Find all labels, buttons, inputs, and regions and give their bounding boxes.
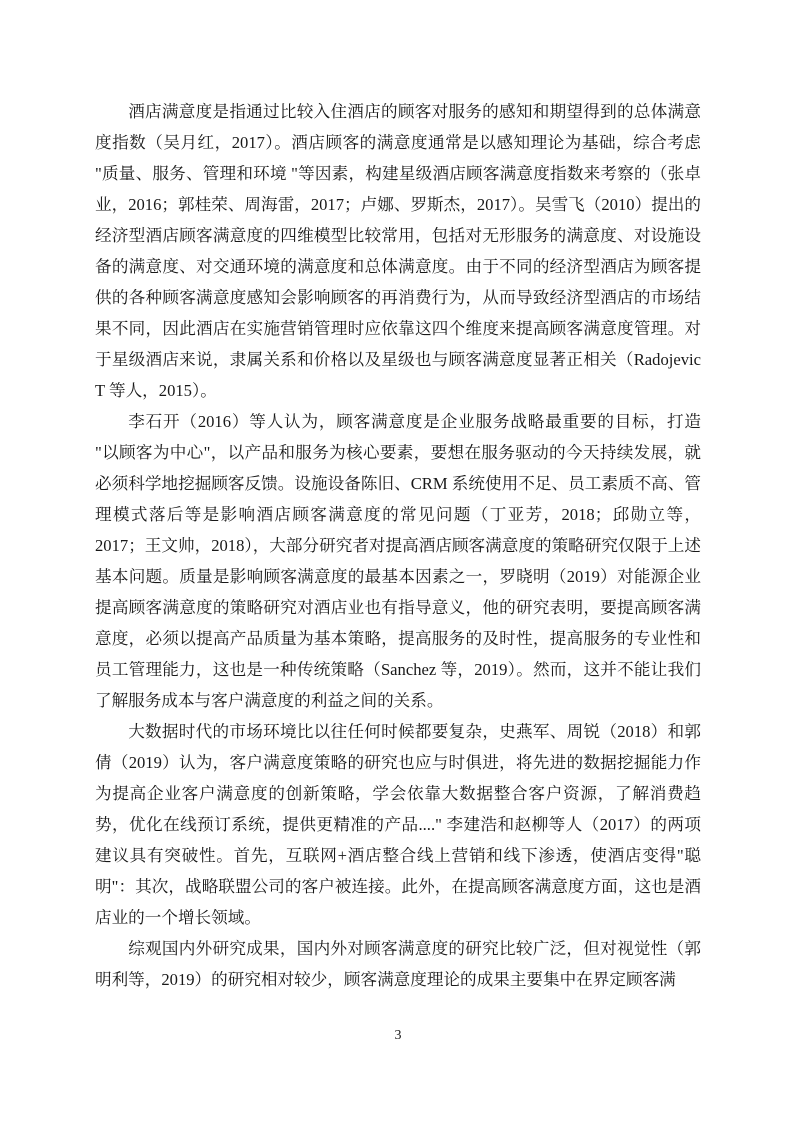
paragraph-customer-centric-strategy: 李石开（2016）等人认为，顾客满意度是企业服务战略最重要的目标，打造 "以顾客… [95,406,701,716]
paragraph-hotel-satisfaction-definition: 酒店满意度是指通过比较入住酒店的顾客对服务的感知和期望得到的总体满意度指数（吴月… [95,96,701,406]
page-footer: 3 [95,1026,701,1044]
page-number: 3 [395,1028,402,1043]
paragraph-big-data-era: 大数据时代的市场环境比以往任何时候都要复杂，史燕军、周锐（2018）和郭倩（20… [95,716,701,933]
paragraph-research-overview: 综观国内外研究成果，国内外对顾客满意度的研究比较广泛，但对视觉性（郭明利等，20… [95,933,701,995]
document-page: 酒店满意度是指通过比较入住酒店的顾客对服务的感知和期望得到的总体满意度指数（吴月… [0,0,793,1122]
document-body: 酒店满意度是指通过比较入住酒店的顾客对服务的感知和期望得到的总体满意度指数（吴月… [95,96,701,995]
